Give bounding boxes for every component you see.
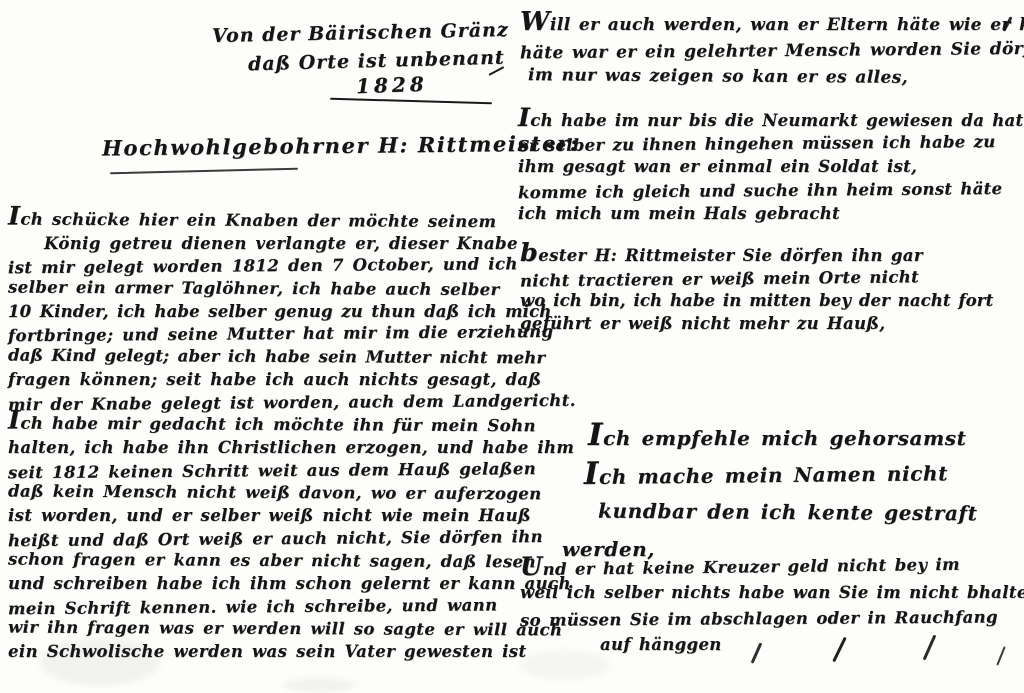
postscript-block: Und er hat keine Kreuzer geld nicht bey … (520, 557, 1024, 661)
paper-smudge (282, 678, 356, 692)
handwriting-line: er selber zu ihnen hingehen müssen ich h… (518, 132, 1024, 160)
underline-flourish (110, 168, 298, 175)
handwriting-line: Ich empfehle mich gehorsamst (588, 426, 977, 463)
handwriting-line: so müssen Sie im abschlagen oder in Rauc… (520, 607, 1024, 637)
handwriting-line: und schreiben habe ich ihm schon gelernt… (8, 574, 576, 597)
handwriting-line: ich mich um mein Hals gebracht (518, 204, 1023, 227)
handwriting-line: ist worden, und er selber weiß nicht wie… (8, 506, 576, 529)
handwriting-line: komme ich gleich und suche ihn heim sons… (518, 178, 1024, 206)
letter-scan: Von der Bäirischen Gränz daß Orte ist un… (0, 0, 1024, 693)
left-page-body: Ich schücke hier ein Knaben der möchte s… (8, 211, 576, 665)
handwriting-line: halten, ich habe ihn Christlichen erzoge… (8, 438, 576, 461)
handwriting-line: fragen können; seit habe ich auch nichts… (8, 370, 576, 393)
closing-block: Ich empfehle mich gehorsamst Ich mache m… (588, 426, 977, 574)
right-paragraph-2: Ich habe im nur bis die Neumarkt gewiese… (518, 111, 1023, 227)
header-line-place: daß Orte ist unbenant (248, 47, 505, 76)
handwriting-line: im nur was zeigen so kan er es alles, (528, 65, 1024, 95)
handwriting-line: Ich schücke hier ein Knaben der möchte s… (8, 210, 576, 236)
handwriting-line: Und er hat keine Kreuzer geld nicht bey … (520, 554, 1024, 586)
right-paragraph-1: Will er auch werden, wan er Eltern häte … (520, 15, 1024, 93)
right-paragraph-3: bester H: Rittmeister Sie dörfen ihn gar… (520, 246, 993, 336)
handwriting-line: daß kein Mensch nicht weiß davon, wo er … (8, 482, 576, 508)
handwriting-line: 10 Kinder, ich habe selber genug zu thun… (8, 302, 576, 325)
handwriting-line: Will er auch werden, wan er Eltern häte … (520, 15, 1024, 41)
handwriting-line: Ich habe im nur bis die Neumarkt gewiese… (518, 111, 1023, 134)
underline-flourish (330, 98, 492, 105)
header-line-origin: Von der Bäirischen Gränz (212, 19, 509, 47)
handwriting-line: auf hänggen (600, 635, 1024, 661)
handwriting-line: wo ich bin, ich habe in mitten bey der n… (520, 291, 993, 314)
handwriting-line: Ich habe mir gedacht ich möchte ihn für … (8, 414, 576, 440)
handwriting-line: kundbar den ich kente gestraft (598, 499, 978, 539)
handwriting-line: König getreu dienen verlangte er, dieser… (44, 234, 576, 257)
paper-smudge (520, 650, 610, 680)
handwriting-line: selber ein armer Taglöhner, ich habe auc… (8, 278, 576, 304)
salutation: Hochwohlgebohrner H: Rittmeister: (102, 131, 579, 161)
handwriting-line: schon fragen er kann es aber nicht sagen… (8, 550, 576, 576)
handwriting-line: bester H: Rittmeister Sie dörfen ihn gar (520, 246, 993, 269)
handwriting-line: ihm gesagt wan er einmal ein Soldat ist, (518, 157, 1023, 180)
handwriting-line: Ich mache mein Namen nicht (584, 461, 978, 502)
handwriting-line: daß Kind gelegt; aber ich habe sein Mutt… (8, 346, 576, 372)
letter-year: 1828 (356, 72, 428, 98)
handwriting-line: geführt er weiß nicht mehr zu Hauß, (520, 314, 993, 337)
handwriting-line: nicht tractieren er weiß mein Orte nicht (520, 266, 994, 294)
handwriting-line: weil ich selber nichts habe wan Sie im n… (520, 583, 1024, 609)
paper-smudge (40, 638, 160, 686)
